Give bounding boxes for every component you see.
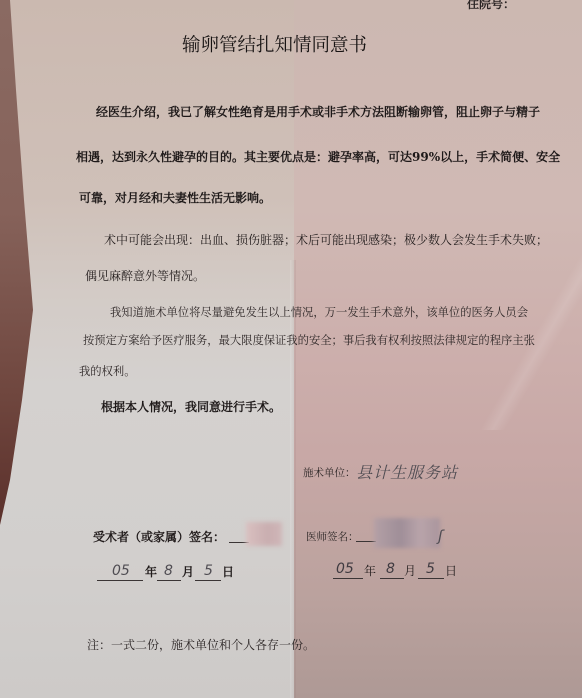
doctor-signature-redacted — [374, 518, 440, 548]
patient-date-day: 5 — [204, 563, 213, 579]
doctor-date-month: 8 — [386, 561, 395, 577]
patient-date-year-label: 年 — [145, 563, 157, 580]
patient-signature-label: 受术者（或家属）签名： — [93, 528, 225, 545]
doctor-signature-line — [356, 541, 376, 542]
doctor-signature-label: 医师签名： — [306, 529, 359, 544]
patient-date-day-line — [195, 580, 221, 581]
patient-date-year-line — [97, 580, 143, 581]
institution-handwritten: 县计生服务站 — [356, 460, 458, 483]
consent-statement: 根据本人情况，我同意进行手术。 — [101, 398, 281, 415]
doctor-date-month-label: 月 — [404, 562, 416, 579]
doctor-date-year-line — [333, 578, 363, 579]
document-title: 输卵管结扎知情同意书 — [182, 31, 367, 57]
paragraph-3-line-1: 我知道施术单位将尽量避免发生以上情况，万一发生手术意外，该单位的医务人员会 — [110, 304, 528, 320]
patient-date-year: 05 — [112, 563, 130, 579]
doctor-date-year-label: 年 — [364, 562, 376, 579]
paragraph-2-line-1: 术中可能会出现：出血、损伤脏器；术后可能出现感染；极少数人会发生手术失败； — [104, 231, 548, 248]
doctor-date-day-line — [418, 578, 444, 579]
paragraph-1-line-2: 相遇，达到永久性避孕的目的。其主要优点是：避孕率高，可达99%以上，手术简便、安… — [76, 148, 560, 165]
doctor-date-day-label: 日 — [445, 562, 457, 579]
paper-fold — [290, 260, 296, 698]
paragraph-3-line-2: 按预定方案给予医疗服务，最大限度保证我的安全；事后我有权利按照法律规定的程序主张 — [83, 332, 535, 348]
doctor-date-month-line — [380, 578, 404, 579]
patient-date-month-line — [157, 580, 181, 581]
doctor-signature-stroke: ʃ — [438, 527, 443, 545]
footnote: 注：一式二份，施术单位和个人各存一份。 — [87, 636, 315, 653]
paragraph-3-line-3: 我的权利。 — [79, 363, 136, 379]
patient-date-month-label: 月 — [182, 563, 194, 580]
doctor-date-year: 05 — [336, 561, 354, 577]
admission-number-label: 住院号： — [467, 0, 515, 12]
paragraph-1-line-3: 可靠，对月经和夫妻性生活无影响。 — [79, 189, 271, 206]
paper-crease — [480, 230, 582, 430]
institution-label: 施术单位： — [303, 465, 356, 480]
paragraph-2-line-2: 偶见麻醉意外等情况。 — [85, 267, 205, 284]
patient-signature-redacted — [246, 522, 282, 546]
patient-date-day-label: 日 — [222, 563, 234, 580]
doctor-date-day: 5 — [426, 561, 435, 577]
document-photo: 住院号： 输卵管结扎知情同意书 经医生介绍，我已了解女性绝育是用手术或非手术方法… — [0, 0, 582, 698]
patient-date-month: 8 — [164, 563, 173, 579]
paragraph-1-line-1: 经医生介绍，我已了解女性绝育是用手术或非手术方法阻断输卵管，阻止卵子与精子 — [96, 103, 540, 120]
